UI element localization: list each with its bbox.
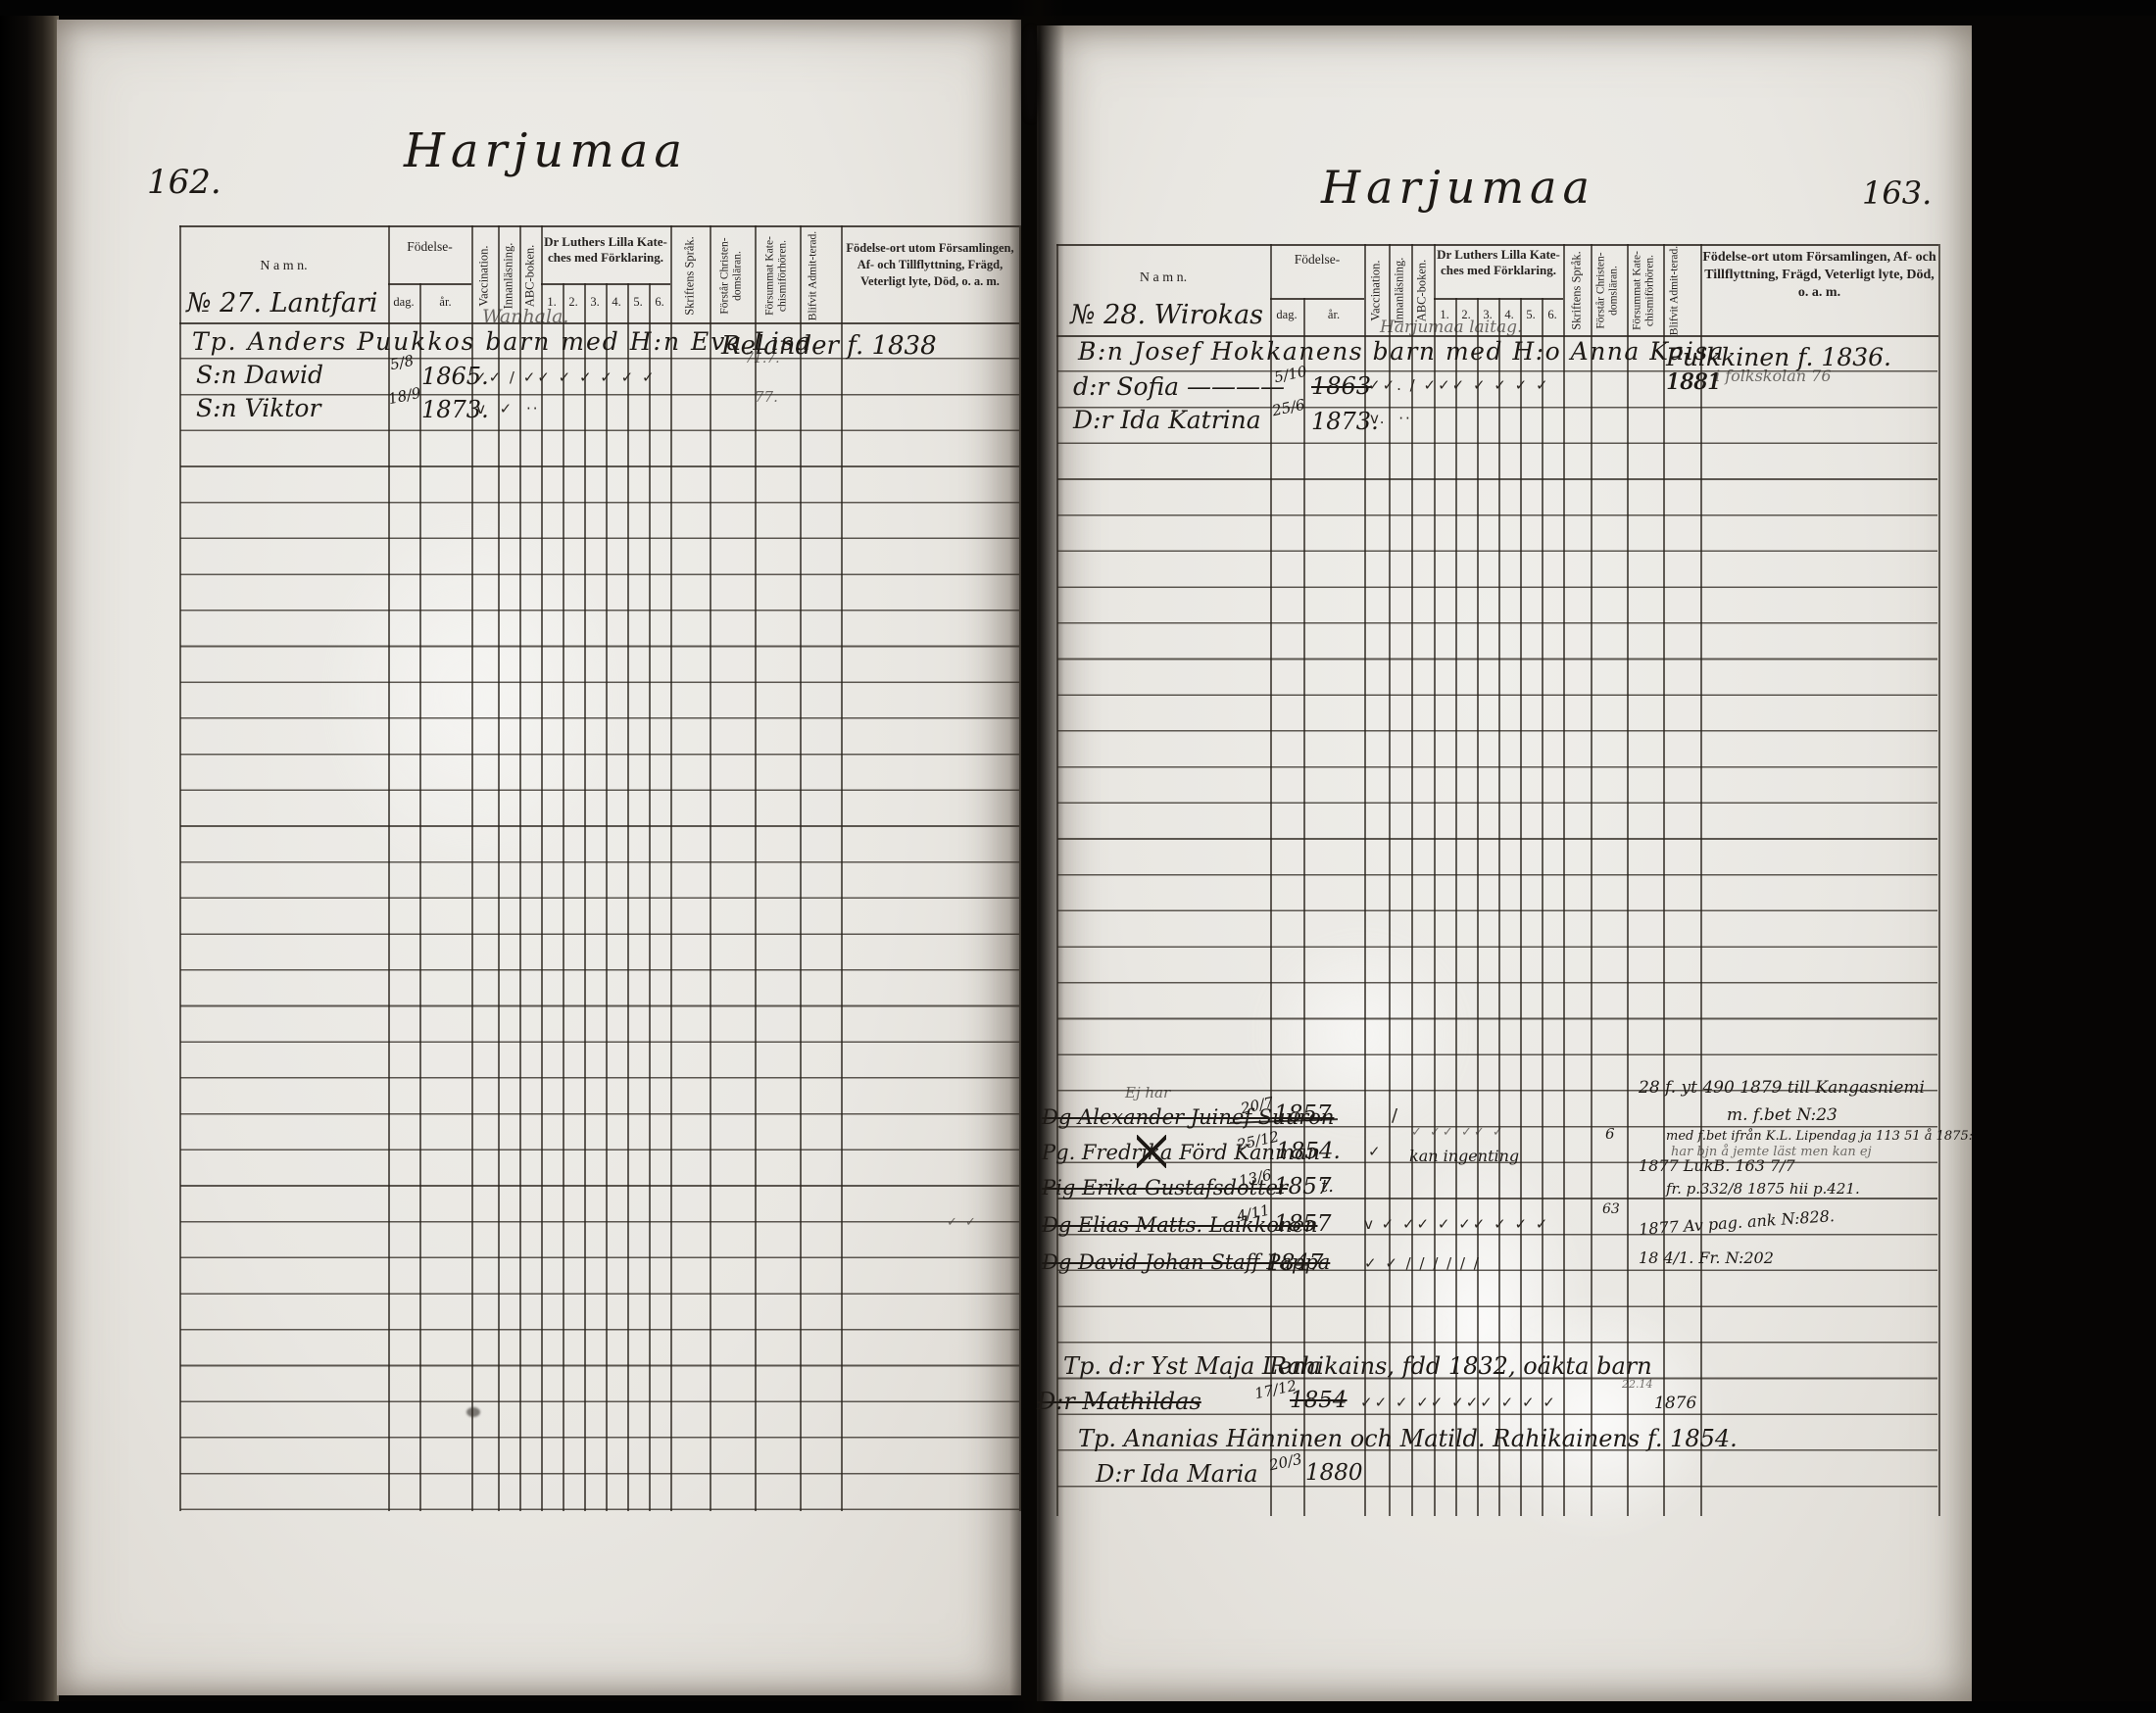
col-header-forsummat: Försummat Kate-chismiförhören.	[1632, 244, 1658, 338]
table-line	[710, 225, 711, 1511]
col-header-forstar: Förstår Christen-domsläran.	[719, 229, 746, 323]
col-header-k6: 6.	[1542, 308, 1563, 322]
table-line	[649, 283, 651, 1511]
col-header-k5: 5.	[1520, 308, 1542, 322]
annotation: 1877 LukB. 163 7/7	[1639, 1156, 1795, 1175]
table-line	[388, 283, 471, 285]
entry-birth-day: 25/12	[1237, 1131, 1279, 1150]
table-line	[1434, 244, 1436, 1516]
entry-birth-day: 18/9	[388, 386, 421, 405]
table-line	[800, 225, 802, 1511]
table-line	[1663, 244, 1665, 1516]
annotation: m. f.bet N:23	[1727, 1105, 1837, 1125]
col-header-forsummat: Försummat Kate-chismiförhören.	[764, 229, 791, 323]
entry-marks: v ✓ ✓✓ ✓ ✓✓ ✓ ✓ ✓	[1364, 1215, 1549, 1233]
col-header-k4: 4.	[606, 295, 627, 310]
entry-birth-year: 1857	[1274, 1211, 1332, 1237]
annotation: med f.bet ifrån K.L. Lipendag ja 113 51 …	[1666, 1129, 1973, 1144]
table-line	[388, 225, 390, 1511]
entry-birth-day: 20/7	[1241, 1096, 1274, 1114]
margin-note: 77.	[755, 388, 778, 406]
row-ruling	[1057, 336, 1937, 1516]
entry-note: kan ingenting	[1409, 1147, 1519, 1165]
group-heading: № 28. Wirokas	[1070, 300, 1263, 330]
entry-origin-note: i folkskolan 76	[1715, 367, 1832, 385]
annotation: fr. p.332/8 1875 hii p.421.	[1666, 1180, 1860, 1198]
table-line	[179, 225, 181, 1511]
entry-marks: ✓✓. / ✓✓✓ ✓ ✓ ✓ ✓	[1368, 376, 1550, 394]
row-ruling	[180, 323, 1019, 1511]
entry-birth-year: 1873.	[1311, 408, 1379, 435]
table-line	[541, 225, 543, 1511]
entry-name: D:r Ida Katrina	[1073, 406, 1261, 434]
annotation: 28 f. yt 490 1879 till Kangasniemi	[1639, 1078, 1925, 1098]
table-line	[755, 225, 757, 1511]
col-header-k5: 5.	[627, 295, 649, 310]
table-line	[627, 283, 629, 1511]
entry-name: D:r Ida Maria	[1096, 1460, 1258, 1488]
stray-marks: ✓ ✓	[947, 1215, 978, 1230]
table-line	[1477, 298, 1479, 1516]
col-header-namn: N a m n.	[179, 259, 388, 274]
table-line	[1520, 298, 1522, 1516]
col-header-skriftens-sprak: Skriftens Språk.	[683, 229, 698, 323]
entry-birth-day: 4/11	[1237, 1203, 1270, 1222]
table-line	[1270, 298, 1364, 300]
entry-marks: ✓ ✓ / / / / / /	[1364, 1254, 1481, 1272]
table-line	[419, 283, 421, 1511]
margin-note: Ej har	[1125, 1084, 1170, 1101]
entry-birth-year: 1854.	[1276, 1139, 1341, 1164]
entry-marks: ✓✓ / ✓✓ ✓ ✓ ✓ ✓ ✓	[474, 368, 657, 386]
top-black-strip	[0, 0, 2156, 16]
column-note: 6	[1605, 1125, 1615, 1143]
entry-marks: v ✓ ··	[476, 400, 540, 417]
col-header-dag: dag.	[388, 295, 419, 310]
entry-mark: t.	[1321, 1176, 1334, 1197]
col-header-k3: 3.	[584, 295, 606, 310]
entry-name: S:n Viktor	[196, 394, 320, 422]
col-header-blifvit: Blifvit Admit-terad.	[1669, 244, 1695, 338]
table-line	[841, 225, 843, 1511]
column-note: 63	[1602, 1201, 1620, 1217]
entry-marks: /	[1392, 1105, 1399, 1126]
table-line	[1019, 225, 1021, 1511]
entry-name: Tp. Ananias Hänninen och Matild. Rahikai…	[1078, 1425, 1738, 1452]
table-line	[1542, 298, 1543, 1516]
col-header-blifvit: Blifvit Admit-terad.	[808, 229, 834, 323]
table-line	[670, 225, 672, 1511]
book-scan: N a m n. Födelse- dag. år. Vaccination. …	[0, 0, 2156, 1713]
entry-birth-day: 20/3	[1269, 1452, 1302, 1471]
col-header-ar: år.	[419, 295, 471, 310]
entry-birth-year: 1854	[1290, 1388, 1347, 1413]
table-line	[1591, 244, 1592, 1516]
col-header-k6: 6.	[649, 295, 670, 310]
entry-name-struck: D:r Mathildas	[1037, 1388, 1201, 1415]
table-line	[1411, 244, 1413, 1516]
col-header-kateches: Dr Luthers Lilla Kate-ches med Förklarin…	[541, 234, 670, 265]
table-line	[1700, 244, 1702, 1516]
village-note: Harjumaa laitag.	[1380, 318, 1522, 337]
page-number: 163.	[1862, 174, 1932, 212]
col-header-kateches: Dr Luthers Lilla Kate-ches med Förklarin…	[1434, 247, 1563, 277]
col-header-fodelse: Födelse-	[1270, 252, 1364, 268]
bottom-black-strip	[0, 1701, 2156, 1713]
entry-marks: ✓✓ ✓ ✓✓ ✓✓✓ ✓ ✓ ✓	[1360, 1394, 1557, 1411]
table-line	[1455, 298, 1457, 1516]
entry-name: S:n Dawid	[196, 361, 323, 389]
entry-birth-year: 1863	[1311, 372, 1371, 400]
page-title: Harjumaa	[404, 123, 688, 178]
col-header-fodelse: Födelse-	[388, 239, 471, 255]
entry-name: Tp. Anders Puukkos barn med H:n Eva Lisa	[192, 327, 812, 356]
col-header-forstar: Förstår Christen-domsläran.	[1595, 244, 1622, 338]
page-title: Harjumaa	[1321, 161, 1595, 214]
entry-name: d:r Sofia ————	[1073, 372, 1285, 401]
gutter-ink-blob	[1023, 27, 1039, 121]
table-line	[1627, 244, 1629, 1516]
book-right-edge	[1970, 0, 2156, 1713]
book-left-edge	[0, 0, 59, 1713]
col-header-fodelseort: Födelse-ort utom Församlingen, Af- och T…	[841, 240, 1019, 290]
table-line	[519, 225, 521, 1511]
table-line	[498, 225, 500, 1511]
entry-admitted-year: 1876	[1654, 1394, 1696, 1413]
entry-birth-day: 5/8	[390, 353, 414, 371]
entry-birth-year: 1880	[1305, 1460, 1363, 1486]
entry-birth-day: 25/6	[1272, 398, 1305, 416]
col-header-skriftens-sprak: Skriftens Språk.	[1570, 244, 1585, 338]
table-line	[584, 283, 586, 1511]
entry-birth-year: 1847	[1266, 1250, 1324, 1276]
entry-admitted-year: 1881	[1666, 370, 1721, 395]
entry-birth-year: 1857	[1274, 1101, 1332, 1127]
table-line	[1056, 244, 1058, 1516]
page-number: 162.	[147, 163, 221, 202]
col-header-namn: N a m n.	[1056, 270, 1270, 286]
margin-note: 71.7.	[745, 351, 780, 367]
table-line	[1056, 244, 1938, 246]
table-line	[1938, 244, 1940, 1516]
table-line	[1389, 244, 1391, 1516]
village-note: Wanhala.	[482, 306, 568, 327]
entry-name: B:n Josef Hokkanens barn med H:o Anna Ka…	[1078, 337, 1725, 366]
table-line	[606, 283, 608, 1511]
annotation: 18 4/1. Fr. N:202	[1639, 1248, 1774, 1267]
group-heading: № 27. Lantfari	[186, 288, 378, 318]
col-header-ar: år.	[1303, 308, 1364, 322]
table-line	[1563, 244, 1565, 1516]
entry-cont: Rahikains, fdd 1832, oäkta barn	[1269, 1352, 1652, 1380]
col-header-fodelseort: Födelse-ort utom Församlingen, Af- och T…	[1700, 249, 1938, 302]
table-line	[563, 283, 564, 1511]
table-line	[1303, 298, 1305, 1516]
table-line	[1270, 244, 1272, 1516]
cross-mark	[1137, 1135, 1166, 1168]
small-note: 22.14	[1622, 1378, 1653, 1391]
col-header-dag: dag.	[1270, 308, 1303, 322]
table-line	[1498, 298, 1500, 1516]
entry-birth-day: 5/10	[1274, 365, 1307, 383]
table-line	[179, 225, 1019, 227]
entry-marks: ✓ ✓✓ ✓✓ ✓	[1411, 1125, 1505, 1140]
entry-marks: ✓	[1368, 1143, 1383, 1160]
entry-marks: v. ··	[1370, 410, 1412, 427]
entry-birth-day: 13/6	[1239, 1168, 1272, 1187]
